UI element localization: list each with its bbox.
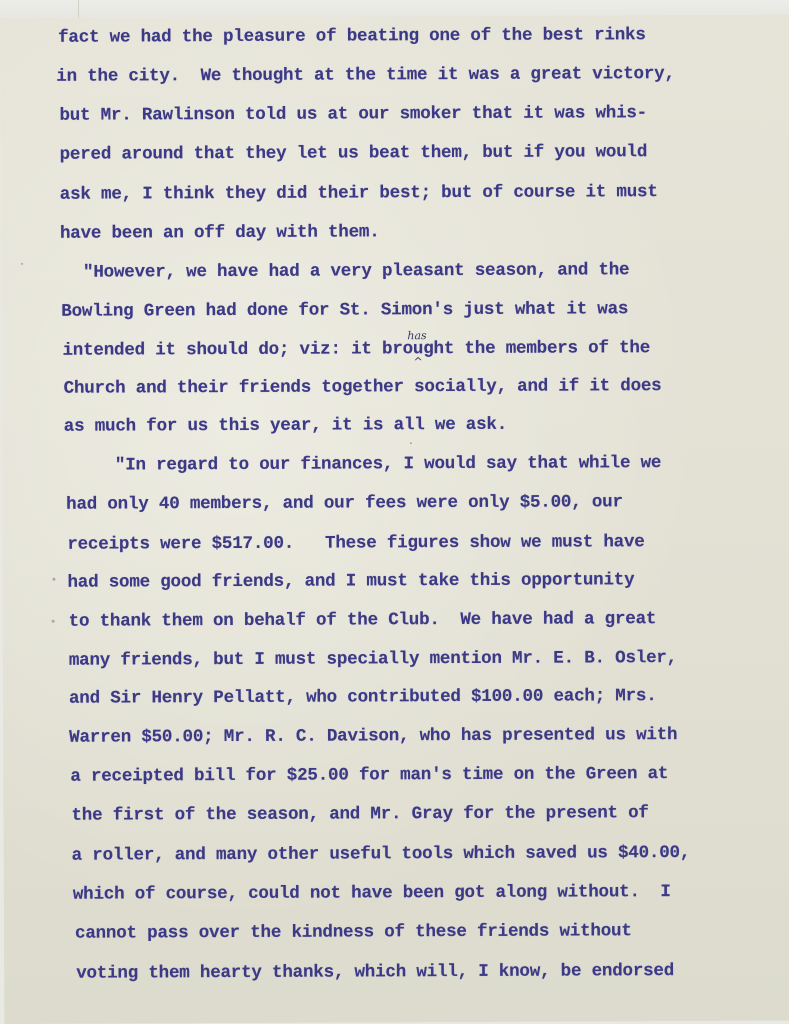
text-line: Bowling Green had done for St. Simon's j… [61, 299, 628, 321]
text-line: a receipted bill for $25.00 for man's ti… [70, 764, 668, 787]
text-line: had some good friends, and I must take t… [67, 570, 634, 592]
text-line: ask me, I think they did their best; but… [60, 182, 658, 205]
text-line: intended it should do; viz: it brought t… [62, 338, 650, 361]
insertion-caret: ^ [413, 355, 422, 368]
text-line: which of course, could not have been got… [73, 882, 671, 905]
text-line: the first of the season, and Mr. Gray fo… [71, 803, 648, 826]
text-line: had only 40 members, and our fees were o… [66, 492, 623, 514]
text-line: a roller, and many other useful tools wh… [72, 843, 691, 866]
text-line: cannot pass over the kindness of these f… [75, 921, 632, 943]
text-line: many friends, but I must specially menti… [69, 648, 677, 671]
text-line: Church and their friends together social… [64, 376, 662, 399]
ink-speck [410, 442, 412, 444]
text-line: as much for us this year, it is all we a… [64, 415, 507, 437]
text-line: Warren $50.00; Mr. R. C. Davison, who ha… [69, 725, 677, 748]
text-line: voting them hearty thanks, which will, I… [76, 961, 674, 984]
ink-speck [21, 263, 23, 265]
text-line: to thank them on behalf of the Club. We … [69, 609, 657, 632]
text-line: "However, we have had a very pleasant se… [52, 260, 629, 283]
text-line: but Mr. Rawlinson told us at our smoker … [59, 103, 647, 126]
text-line: pered around that they let us beat them,… [60, 142, 648, 165]
text-line: in the city. We thought at the time it w… [56, 64, 675, 87]
text-line: fact we had the pleasure of beating one … [58, 25, 646, 48]
ink-speck [52, 620, 55, 623]
text-line: and Sir Henry Pellatt, who contributed $… [69, 686, 657, 709]
handwritten-insertion: has [407, 329, 426, 342]
document-page: fact we had the pleasure of beating one … [0, 15, 789, 1024]
text-line: have been an off day with them. [60, 222, 380, 243]
text-line: "In regard to our finances, I would say … [84, 453, 661, 476]
ink-speck [52, 578, 55, 581]
text-line: receipts were $517.00. These figures sho… [67, 532, 644, 555]
